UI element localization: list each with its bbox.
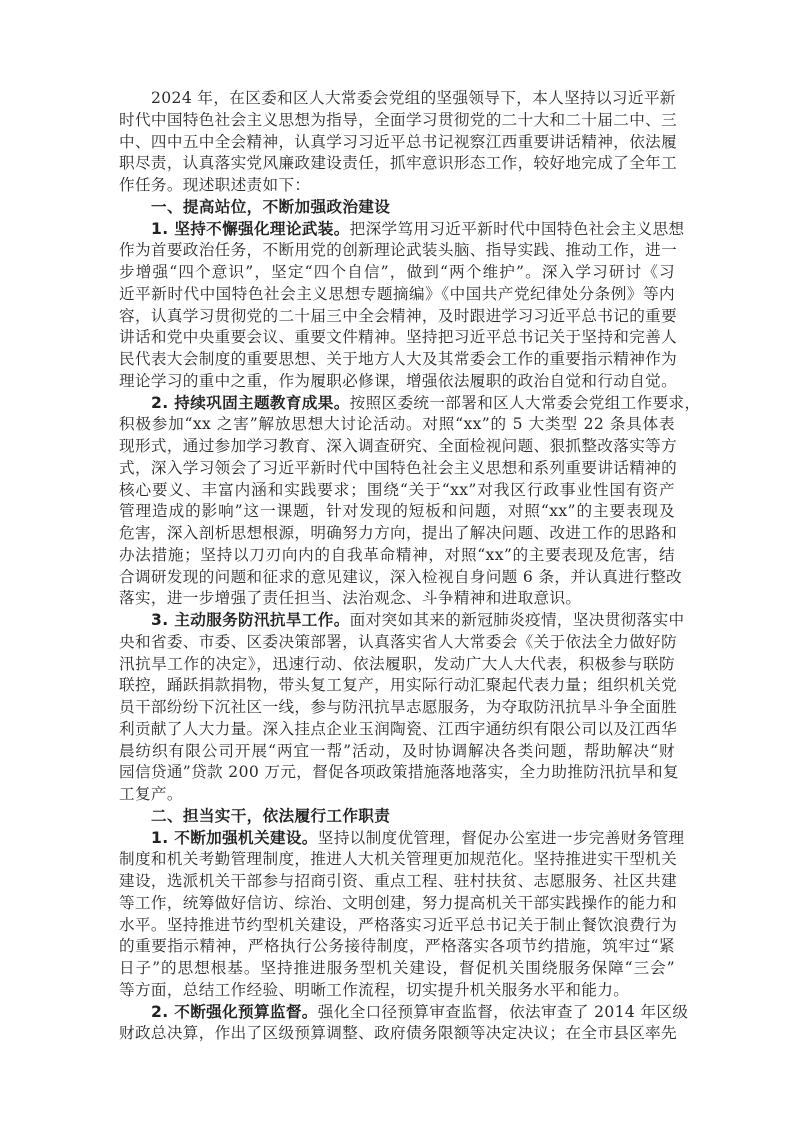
text-line: 汛抗旱工作的决定》，迅速行动、依法履职，发动广大人大代表，积极参与联防 (119, 654, 675, 676)
text-line: 等工作，统筹做好信访、综治、文明创建，努力提高机关干部实践操作的能力和 (119, 893, 675, 915)
text-line: 园信贷通”贷款 200 万元，督促各项政策措施落地落实，全力助推防汛抗旱和复 (119, 762, 675, 784)
text-line: 积极参加“xx 之害”解放思想大讨论活动。对照“xx”的 5 大类型 22 条具… (119, 414, 675, 436)
text-line: 职尽责，认真落实党风廉政建设责任，抓牢意识形态工作，较好地完成了全年工 (119, 153, 675, 175)
text-line: 讲话和党中央重要会议、重要文件精神。坚持把习近平总书记关于坚持和完善人 (119, 327, 675, 349)
text-line: 2. 持续巩固主题教育成果。按照区委统一部署和区人大常委会党组工作要求， (119, 393, 675, 415)
text-line: 水平。坚持推进节约型机关建设，严格落实习近平总书记关于制止餐饮浪费行为 (119, 915, 675, 937)
item-title: 1. 不断加强机关建设。 (151, 829, 318, 847)
text-line: 晨纺织有限公司开展“两宜一帮”活动，及时协调解决各类问题，帮助解决“财 (119, 741, 675, 763)
item-title: 1. 坚持不懈强化理论武装。 (151, 220, 350, 238)
text-line: 制度和机关考勤管理制度，推进人大机关管理更加规范化。坚持推进实干型机关 (119, 849, 675, 871)
text-line: 1. 不断加强机关建设。坚持以制度优管理，督促办公室进一步完善财务管理 (119, 828, 675, 850)
item-text: 强化全口径预算审查监督，依法审查了 2014 年区级 (318, 1003, 689, 1021)
text-line: 3. 主动服务防汛抗旱工作。面对突如其来的新冠肺炎疫情，坚决贯彻落实中 (119, 610, 675, 632)
item-title: 2. 持续巩固主题教育成果。 (151, 394, 350, 412)
paragraph-2-1: 1. 不断加强机关建设。坚持以制度优管理，督促办公室进一步完善财务管理 制度和机… (119, 828, 675, 1002)
text-line: 步增强“四个意识”，坚定“四个自信”，做到“两个维护”。深入学习研讨《习 (119, 262, 675, 284)
text-line: 1. 坚持不懈强化理论武装。把深学笃用习近平新时代中国特色社会主义思想 (119, 219, 675, 241)
text-line: 时代中国特色社会主义思想为指导，全面学习贯彻党的二十大和二十届二中、三 (119, 110, 675, 132)
text-line: 现形式，通过参加学习教育、深入调查研究、全面检视问题、狠抓整改落实等方 (119, 436, 675, 458)
item-text: 坚持以制度优管理，督促办公室进一步完善财务管理 (318, 829, 685, 847)
section-heading-2: 二、担当实干，依法履行工作职责 (119, 806, 675, 828)
text-line: 容，认真学习贯彻党的二十届三中全会精神，及时跟进学习习近平总书记的重要 (119, 306, 675, 328)
item-text: 把深学笃用习近平新时代中国特色社会主义思想 (350, 220, 685, 238)
intro-paragraph: 2024 年，在区委和区人大常委会党组的坚强领导下，本人坚持以习近平新 时代中国… (119, 88, 675, 197)
text-line: 办法措施；坚持以刀刃向内的自我革命精神，对照“xx”的主要表现及危害，结 (119, 545, 675, 567)
text-line: 等方面，总结工作经验、明晰工作流程，切实提升机关服务水平和能力。 (119, 980, 675, 1002)
text-line: 管理造成的影响”这一课题，针对发现的短板和问题，对照“xx”的主要表现及 (119, 501, 675, 523)
text-line: 工复产。 (119, 784, 675, 806)
text-line: 民代表大会制度的重要思想、关于地方人大及其常委会工作的重要指示精神作为 (119, 349, 675, 371)
text-line: 落实，进一步增强了责任担当、法治观念、斗争精神和进取意识。 (119, 588, 675, 610)
text-line: 理论学习的重中之重，作为履职必修课，增强依法履职的政治自觉和行动自觉。 (119, 371, 675, 393)
section-heading-1: 一、提高站位，不断加强政治建设 (119, 197, 675, 219)
text-line: 危害，深入剖析思想根源，明确努力方向，提出了解决问题、改进工作的思路和 (119, 523, 675, 545)
text-line: 的重要指示精神，严格执行公务接待制度，严格落实各项节约措施，筑牢过“紧 (119, 936, 675, 958)
text-line: 财政总决算，作出了区级预算调整、政府债务限额等决定决议；在全市县区率先 (119, 1023, 675, 1045)
document-page: 2024 年，在区委和区人大常委会党组的坚强领导下，本人坚持以习近平新 时代中国… (119, 88, 675, 1045)
item-text: 按照区委统一部署和区人大常委会党组工作要求， (350, 394, 701, 412)
text-line: 核心要义、丰富内涵和实践要求；围绕“关于“xx”对我区行政事业性国有资产 (119, 480, 675, 502)
paragraph-1-2: 2. 持续巩固主题教育成果。按照区委统一部署和区人大常委会党组工作要求， 积极参… (119, 393, 675, 611)
text-line: 式，深入学习领会了习近平新时代中国特色社会主义思想和系列重要讲话精神的 (119, 458, 675, 480)
text-line: 联控，踊跃捐款捐物，带头复工复产，用实际行动汇聚起代表力量；组织机关党 (119, 675, 675, 697)
text-line: 近平新时代中国特色社会主义思想专题摘编》《中国共产党纪律处分条例》等内 (119, 284, 675, 306)
text-line: 央和省委、市委、区委决策部署，认真落实省人大常委会《关于依法全力做好防 (119, 632, 675, 654)
text-line: 作任务。现述职述责如下： (119, 175, 675, 197)
text-line: 员干部纷纷下沉社区一线，参与防汛抗旱志愿服务，为夺取防汛抗旱斗争全面胜 (119, 697, 675, 719)
text-line: 合调研发现的问题和征求的意见建议，深入检视自身问题 6 条，并认真进行整改 (119, 567, 675, 589)
item-text: 面对突如其来的新冠肺炎疫情，坚决贯彻落实中 (350, 611, 685, 629)
paragraph-1-1: 1. 坚持不懈强化理论武装。把深学笃用习近平新时代中国特色社会主义思想 作为首要… (119, 219, 675, 393)
text-line: 作为首要政治任务，不断用党的创新理论武装头脑、指导实践、推动工作，进一 (119, 240, 675, 262)
text-line: 建设，选派机关干部参与招商引资、重点工程、驻村扶贫、志愿服务、社区共建 (119, 871, 675, 893)
text-line: 2024 年，在区委和区人大常委会党组的坚强领导下，本人坚持以习近平新 (119, 88, 675, 110)
paragraph-1-3: 3. 主动服务防汛抗旱工作。面对突如其来的新冠肺炎疫情，坚决贯彻落实中 央和省委… (119, 610, 675, 806)
paragraph-2-2: 2. 不断强化预算监督。强化全口径预算审查监督，依法审查了 2014 年区级 财… (119, 1002, 675, 1046)
item-title: 2. 不断强化预算监督。 (151, 1003, 318, 1021)
text-line: 2. 不断强化预算监督。强化全口径预算审查监督，依法审查了 2014 年区级 (119, 1002, 675, 1024)
text-line: 利贡献了人大力量。深入挂点企业玉润陶瓷、江西宇通纺织有限公司以及江西华 (119, 719, 675, 741)
text-line: 中、四中五中全会精神，认真学习习近平总书记视察江西重要讲话精神，依法履 (119, 132, 675, 154)
item-title: 3. 主动服务防汛抗旱工作。 (151, 611, 350, 629)
text-line: 日子”的思想根基。坚持推进服务型机关建设，督促机关围绕服务保障“三会” (119, 958, 675, 980)
